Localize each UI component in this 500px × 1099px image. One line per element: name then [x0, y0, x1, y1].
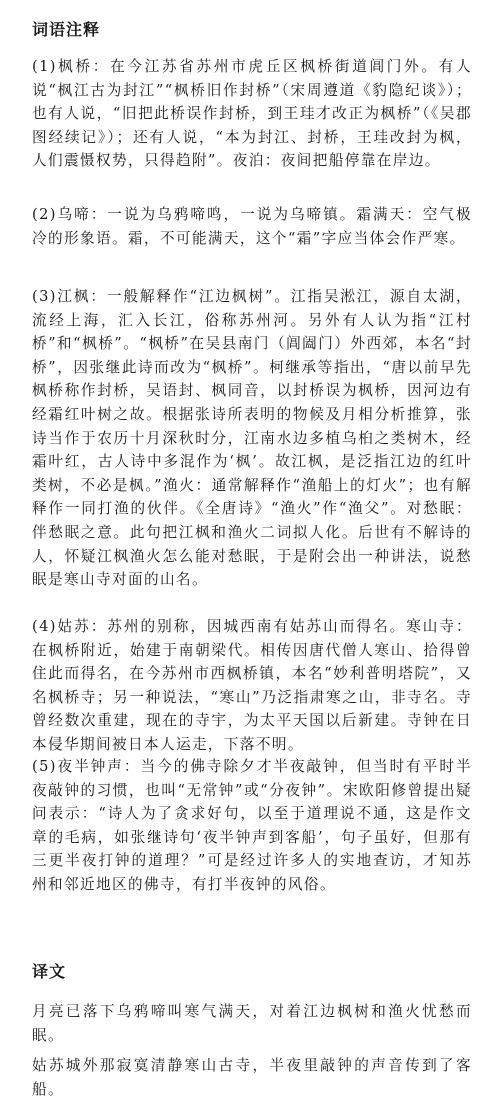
- note-item-4: (4)姑苏：苏州的别称，因城西南有姑苏山而得名。寒山寺：在枫桥附近，始建于南朝梁…: [32, 615, 472, 757]
- translation-line-1: 月亮已落下乌鸦啼叫寒气满天，对着江边枫树和渔火忧愁而眠。: [32, 1000, 472, 1047]
- translation-heading: 译文: [32, 960, 66, 984]
- note-item-5: (5)夜半钟声：当今的佛寺除夕才半夜敲钟，但当时有平时半夜敲钟的习惯，也叫“无常…: [32, 755, 472, 897]
- note-item-3: (3)江枫：一般解释作“江边枫树”。江指吴淞江，源自太湖，流经上海，汇入长江，俗…: [32, 285, 472, 592]
- note-item-2: (2)乌啼：一说为乌鸦啼鸣，一说为乌啼镇。霜满天：空气极冷的形象语。霜，不可能满…: [32, 203, 472, 250]
- translation-line-2: 姑苏城外那寂寞清静寒山古寺，半夜里敲钟的声音传到了客船。: [32, 1054, 472, 1099]
- note-item-1: (1)枫桥：在今江苏省苏州市虎丘区枫桥街道阊门外。有人说“枫江古为封江”“枫桥旧…: [32, 55, 472, 173]
- notes-heading: 词语注释: [32, 18, 100, 42]
- document-page: 词语注释 (1)枫桥：在今江苏省苏州市虎丘区枫桥街道阊门外。有人说“枫江古为封江…: [0, 0, 500, 1099]
